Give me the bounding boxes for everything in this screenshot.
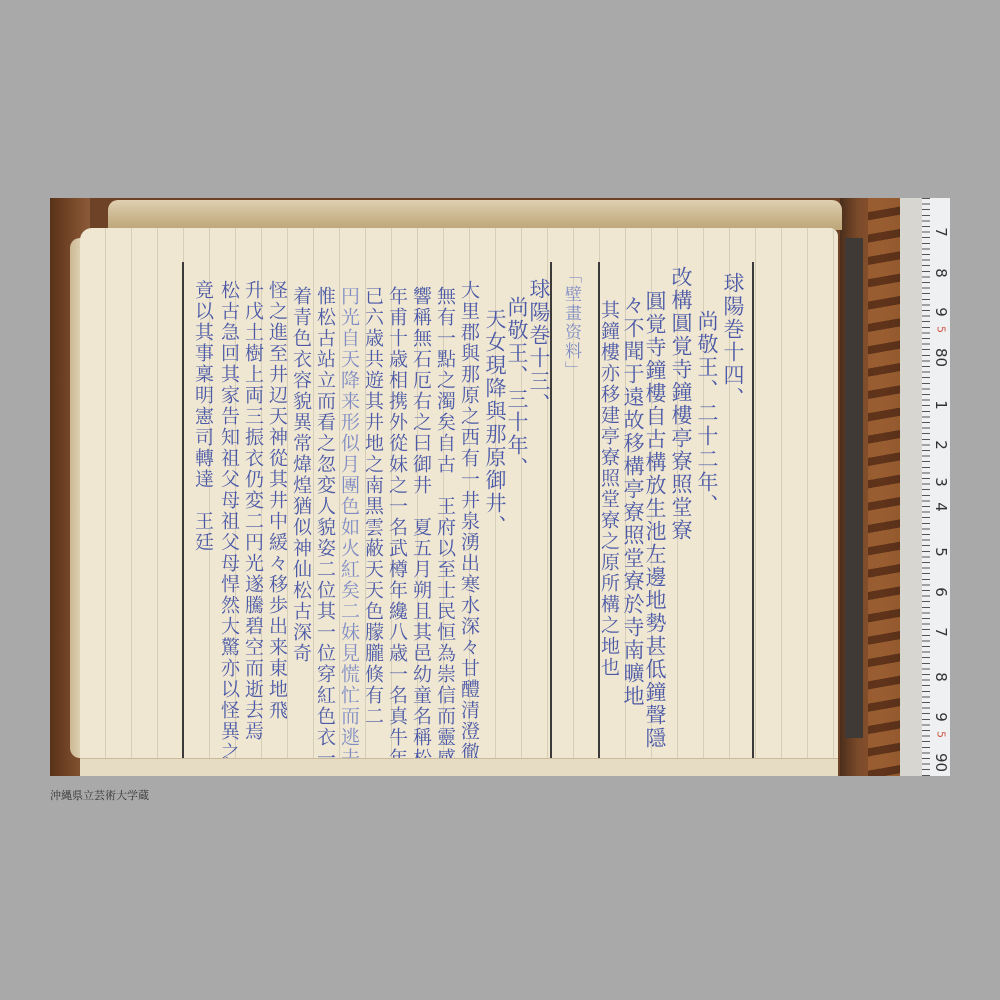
left-col-9: 着青色衣容貌異常煒煌猶似神仙松古深奇 <box>290 286 312 664</box>
left-section-reign: 尚敬王、三十年、 <box>504 296 529 480</box>
left-col-12: 松古急回其家告知祖父母祖父母悍然大驚亦以怪異之 <box>218 280 240 763</box>
ruler-number: 8 <box>932 264 950 282</box>
ruler-number: 4 <box>932 498 950 516</box>
ruler-number: 5 <box>935 726 948 744</box>
left-col-11: 升戊土樹上両三振衣仍変二円光遂騰碧空而逝去焉 <box>242 280 264 742</box>
ruler-number: 9 <box>932 708 950 726</box>
left-col-4: 響稱無石厄右之曰御井 夏五月朔且其邑幼童名稱松古 <box>410 286 432 776</box>
right-col-4: 其鐘樓亦移建亭寮照堂寮之原所構之地也 <box>596 300 621 678</box>
page-stack-top <box>108 200 842 230</box>
ruler-number: 8 <box>932 668 950 686</box>
left-col-8: 惟松古站立而看之忽変人貌姿二位其一位穿紅色衣一位 <box>314 286 336 776</box>
ruler-number: 6 <box>932 583 950 601</box>
ruler-number: 7 <box>932 623 950 641</box>
notebook-page: 球陽巻十四、 尚敬王、二十二年、 改構圓覚寺鐘樓亭寮照堂寮 圓覚寺鐘樓自古構放生… <box>80 228 838 776</box>
right-section-heading: 球陽巻十四、 <box>720 272 745 410</box>
left-col-6: 已六歳共遊其井地之南黒雲蔽天天色朦朧倏有二 <box>362 286 384 727</box>
left-col-5: 年甫十歳相携外從妹之一名武樽年纔八歳一名真牛年 <box>386 286 408 769</box>
ruler-labels: 789580123456789590 <box>932 198 950 776</box>
ruler-number: 3 <box>932 473 950 491</box>
ruler-number: 9 <box>932 303 950 321</box>
right-col-2: 圓覚寺鐘樓自古構放生池左邊地勢甚低鐘聲隱 <box>642 290 667 750</box>
margin-line-right <box>752 262 754 776</box>
ruler-number: 7 <box>932 223 950 241</box>
left-section-heading: 球陽巻十三、 <box>526 278 551 416</box>
ruler-number: 5 <box>932 543 950 561</box>
left-col-2: 大里郡與那原之西有一井泉湧出寒水深々甘醴清澄徹底 <box>458 280 480 776</box>
right-section-reign: 尚敬王、二十二年、 <box>694 310 719 517</box>
left-col-3: 無有一點之濁矣自古 王府以至士民恒為崇信而靈感如 <box>434 286 456 776</box>
ruler-number: 2 <box>932 436 950 454</box>
ruler-number: 1 <box>932 396 950 414</box>
right-col-3: 々不聞于遠故移構亭寮照堂寮於寺南曠地 <box>620 294 645 708</box>
leather-binding-stitches <box>868 198 900 776</box>
mural-material-label: 「壁畫资料」 <box>558 266 583 380</box>
manuscript-photo: 789580123456789590 球陽巻十四、 尚敬王、二十二年、 改構圓覚… <box>50 198 950 776</box>
left-col-7: 円光自天降来形似月團色如火紅矣二妹見慌忙而逃去 <box>338 286 360 769</box>
page-bottom-edge <box>80 758 838 776</box>
cover-spine-shadow <box>845 238 863 738</box>
left-col-10: 怪之進至井辺天神從其井中緩々移歩出来東地飛 <box>266 280 288 721</box>
left-col-13: 竟以其事稟明憲司轉達 王廷 <box>192 280 214 553</box>
ruler-number: 5 <box>935 321 948 339</box>
collection-credit: 沖縄県立芸術大学蔵 <box>50 787 149 803</box>
margin-line-left <box>182 262 184 776</box>
left-col-1: 天女現降與那原御井、 <box>482 308 507 538</box>
ruler-number: 90 <box>932 753 950 771</box>
ruler-number: 80 <box>932 348 950 366</box>
right-col-1: 改構圓覚寺鐘樓亭寮照堂寮 <box>668 266 693 542</box>
